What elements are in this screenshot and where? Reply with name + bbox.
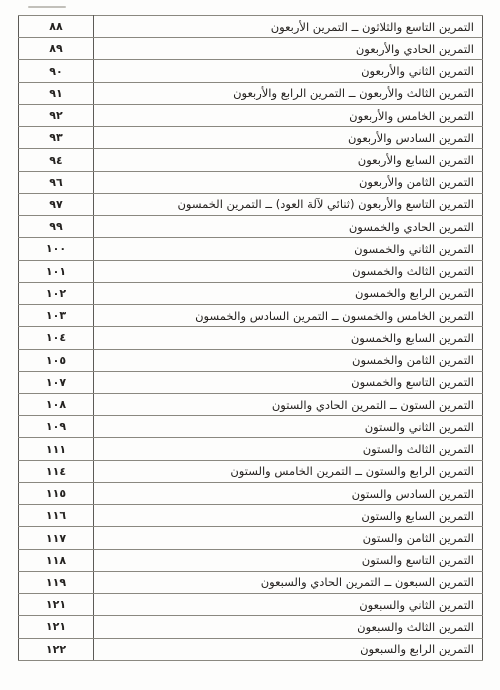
page-number-cell: ١٠٥ [19,349,94,371]
page-number-cell: ١١٦ [19,505,94,527]
page-number-cell: ١٠٠ [19,238,94,260]
exercise-title-cell: التمرين السابع والأربعون [94,149,483,171]
exercise-title-cell: التمرين السبعون ــ التمرين الحادي والسبع… [94,571,483,593]
table-row: ٩٣التمرين السادس والأربعون [19,127,483,149]
table-row: ١٠٧التمرين التاسع والخمسون [19,371,483,393]
exercise-title-cell: التمرين الرابع والخمسون [94,282,483,304]
table-row: ١٠٩التمرين الثاني والستون [19,416,483,438]
exercise-title-cell: التمرين الحادي والخمسون [94,216,483,238]
page-number-cell: ١٠٤ [19,327,94,349]
exercise-title-cell: التمرين السابع والخمسون [94,327,483,349]
page-number-cell: ١٠٧ [19,371,94,393]
table-row: ١١٦التمرين السابع والستون [19,505,483,527]
exercise-title-cell: التمرين الستون ــ التمرين الحادي والستون [94,393,483,415]
exercise-title-cell: التمرين الثالث والخمسون [94,260,483,282]
table-row: ١١٧التمرين الثامن والستون [19,527,483,549]
page-number-cell: ١١٥ [19,482,94,504]
exercise-title-cell: التمرين التاسع والثلاثون ــ التمرين الأر… [94,16,483,38]
exercise-title-cell: التمرين الحادي والأربعون [94,38,483,60]
page-number-cell: ١١٨ [19,549,94,571]
exercise-index-table-body: ٨٨التمرين التاسع والثلاثون ــ التمرين ال… [19,16,483,661]
page-number-cell: ١٠٩ [19,416,94,438]
scan-artifact [28,6,66,8]
exercise-title-cell: التمرين التاسع والأربعون (ثنائي لآلة الع… [94,193,483,215]
table-row: ١١٥التمرين السادس والستون [19,482,483,504]
page-number-cell: ١٢٢ [19,638,94,660]
exercise-title-cell: التمرين الثالث والسبعون [94,616,483,638]
page-number-cell: ٩٧ [19,193,94,215]
exercise-title-cell: التمرين التاسع والخمسون [94,371,483,393]
table-row: ٨٨التمرين التاسع والثلاثون ــ التمرين ال… [19,16,483,38]
exercise-title-cell: التمرين الثاني والستون [94,416,483,438]
exercise-title-cell: التمرين الرابع والستون ــ التمرين الخامس… [94,460,483,482]
exercise-title-cell: التمرين السابع والستون [94,505,483,527]
exercise-title-cell: التمرين الثالث والأربعون ــ التمرين الرا… [94,82,483,104]
page-number-cell: ٩٩ [19,216,94,238]
page-number-cell: ١١١ [19,438,94,460]
table-row: ١١٤التمرين الرابع والستون ــ التمرين الخ… [19,460,483,482]
page-number-cell: ٨٨ [19,16,94,38]
page-number-cell: ٩٠ [19,60,94,82]
exercise-title-cell: التمرين الثاني والسبعون [94,594,483,616]
table-row: ٩٧التمرين التاسع والأربعون (ثنائي لآلة ا… [19,193,483,215]
table-row: ١٠٣التمرين الخامس والخمسون ــ التمرين ال… [19,305,483,327]
table-row: ١٠٨التمرين الستون ــ التمرين الحادي والس… [19,393,483,415]
table-row: ١٠٥التمرين الثامن والخمسون [19,349,483,371]
table-row: ٩٢التمرين الخامس والأربعون [19,104,483,126]
page-number-cell: ٨٩ [19,38,94,60]
exercise-title-cell: التمرين التاسع والستون [94,549,483,571]
exercise-title-cell: التمرين الرابع والسبعون [94,638,483,660]
exercise-title-cell: التمرين الثامن والأربعون [94,171,483,193]
table-row: ١٠٢التمرين الرابع والخمسون [19,282,483,304]
exercise-title-cell: التمرين الثامن والخمسون [94,349,483,371]
table-row: ٩٦التمرين الثامن والأربعون [19,171,483,193]
table-row: ٩١التمرين الثالث والأربعون ــ التمرين ال… [19,82,483,104]
table-row: ١٢١التمرين الثالث والسبعون [19,616,483,638]
exercise-title-cell: التمرين الخامس والأربعون [94,104,483,126]
page-number-cell: ١٠٨ [19,393,94,415]
page-number-cell: ١٢١ [19,616,94,638]
table-row: ١٠٠التمرين الثاني والخمسون [19,238,483,260]
table-row: ١١٩التمرين السبعون ــ التمرين الحادي وال… [19,571,483,593]
page-sheet: ٨٨التمرين التاسع والثلاثون ــ التمرين ال… [18,15,483,661]
page-number-cell: ١٢١ [19,594,94,616]
exercise-title-cell: التمرين الثاني والخمسون [94,238,483,260]
table-row: ٩٠التمرين الثاني والأربعون [19,60,483,82]
page-number-cell: ٩٦ [19,171,94,193]
exercise-index-table: ٨٨التمرين التاسع والثلاثون ــ التمرين ال… [18,15,483,661]
page-number-cell: ١٠٢ [19,282,94,304]
page-number-cell: ١٠٣ [19,305,94,327]
exercise-title-cell: التمرين السادس والستون [94,482,483,504]
table-row: ١٠١التمرين الثالث والخمسون [19,260,483,282]
exercise-title-cell: التمرين الثالث والستون [94,438,483,460]
page-number-cell: ١١٧ [19,527,94,549]
table-row: ١٠٤التمرين السابع والخمسون [19,327,483,349]
exercise-title-cell: التمرين الخامس والخمسون ــ التمرين الساد… [94,305,483,327]
page-number-cell: ٩٤ [19,149,94,171]
page-number-cell: ٩٢ [19,104,94,126]
page-number-cell: ٩١ [19,82,94,104]
exercise-title-cell: التمرين الثامن والستون [94,527,483,549]
page-number-cell: ١٠١ [19,260,94,282]
scanned-document-page: { "colors": { "paper": "#fdfdfc", "ink":… [0,0,500,690]
page-number-cell: ١١٩ [19,571,94,593]
table-row: ١٢١التمرين الثاني والسبعون [19,594,483,616]
table-row: ١١١التمرين الثالث والستون [19,438,483,460]
page-number-cell: ٩٣ [19,127,94,149]
table-row: ١٢٢التمرين الرابع والسبعون [19,638,483,660]
exercise-title-cell: التمرين الثاني والأربعون [94,60,483,82]
exercise-title-cell: التمرين السادس والأربعون [94,127,483,149]
table-row: ٨٩التمرين الحادي والأربعون [19,38,483,60]
table-row: ٩٩التمرين الحادي والخمسون [19,216,483,238]
page-number-cell: ١١٤ [19,460,94,482]
table-row: ١١٨التمرين التاسع والستون [19,549,483,571]
table-row: ٩٤التمرين السابع والأربعون [19,149,483,171]
